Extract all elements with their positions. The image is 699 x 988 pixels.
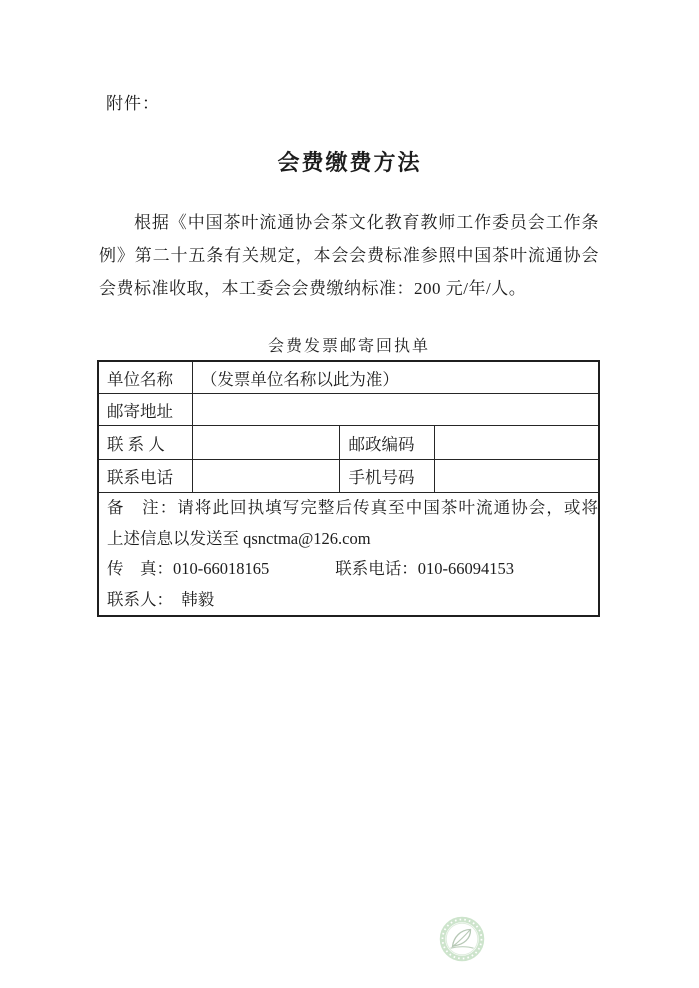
leaf-seal-watermark-icon [438, 915, 486, 963]
paragraph-line-1: 根据《中国茶叶流通协会茶文化教育教师工作委员会工作条 [99, 206, 599, 239]
document-title: 会费缴费方法 [0, 146, 699, 177]
contact-value [192, 426, 340, 460]
unit-name-label: 单位名称 [98, 361, 192, 394]
postal-code-value [434, 426, 599, 460]
remarks-line-4: 联系人： 韩毅 [107, 585, 598, 616]
phone-value [192, 460, 340, 493]
remarks-line-3: 传 真：010-66018165 联系电话：010-66094153 [107, 554, 598, 585]
mobile-label: 手机号码 [340, 460, 434, 493]
remarks-line-1: 备 注：请将此回执填写完整后传真至中国茶叶流通协会，或将 [107, 493, 598, 524]
mail-address-value [192, 394, 599, 426]
mail-address-label: 邮寄地址 [98, 394, 192, 426]
postal-code-label: 邮政编码 [340, 426, 434, 460]
table-row: 邮寄地址 [98, 394, 599, 426]
document-page: 附件： 会费缴费方法 根据《中国茶叶流通协会茶文化教育教师工作委员会工作条 例》… [0, 0, 699, 988]
receipt-table-caption: 会费发票邮寄回执单 [99, 333, 599, 356]
body-paragraph: 根据《中国茶叶流通协会茶文化教育教师工作委员会工作条 例》第二十五条有关规定，本… [99, 206, 599, 305]
table-row: 备 注：请将此回执填写完整后传真至中国茶叶流通协会，或将 上述信息以发送至 qs… [98, 493, 599, 617]
contact-label: 联 系 人 [98, 426, 192, 460]
paragraph-line-2: 例》第二十五条有关规定，本会会费标准参照中国茶叶流通协会 [99, 239, 599, 272]
attachment-label: 附件： [106, 89, 160, 114]
unit-name-value: （发票单位名称以此为准） [192, 361, 599, 394]
phone-label: 联系电话 [98, 460, 192, 493]
table-row: 联系电话 手机号码 [98, 460, 599, 493]
paragraph-line-3: 会费标准收取，本工委会会费缴纳标准：200 元/年/人。 [99, 272, 599, 305]
table-row: 联 系 人 邮政编码 [98, 426, 599, 460]
mobile-value [434, 460, 599, 493]
remarks-line-2: 上述信息以发送至 qsnctma@126.com [107, 524, 598, 555]
table-row: 单位名称 （发票单位名称以此为准） [98, 361, 599, 394]
receipt-table: 单位名称 （发票单位名称以此为准） 邮寄地址 联 系 人 邮政编码 联系电话 手… [97, 360, 600, 617]
remarks-cell: 备 注：请将此回执填写完整后传真至中国茶叶流通协会，或将 上述信息以发送至 qs… [98, 493, 599, 617]
